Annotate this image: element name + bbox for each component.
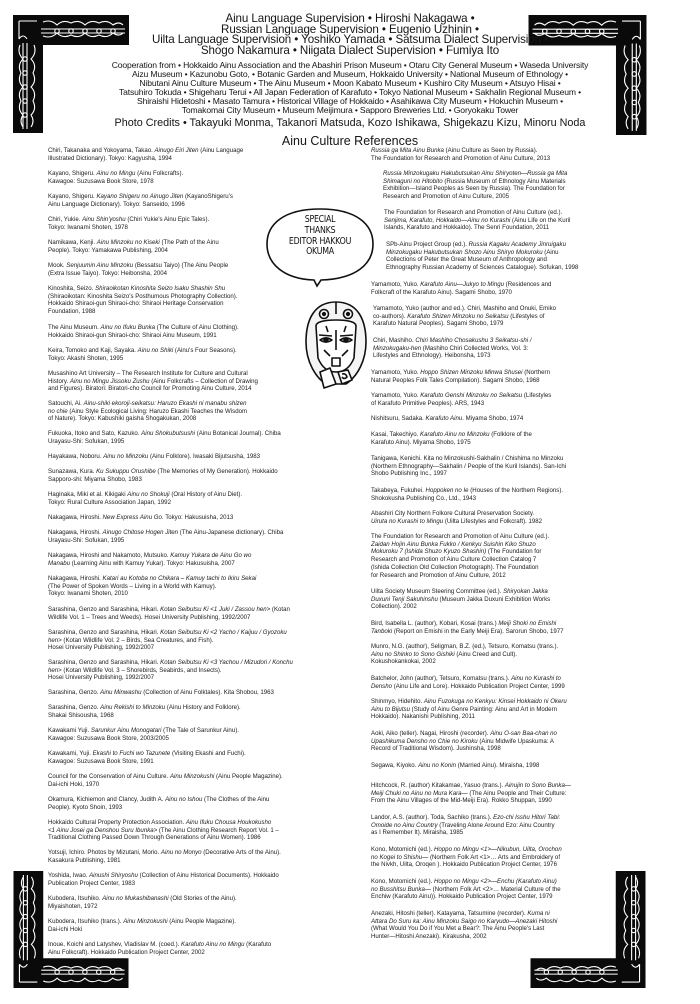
reference-text: Publication Project Center, 1983: [48, 880, 135, 887]
reference-text: Anezaki, Hitoshi (teller). Katayama, Tat…: [371, 910, 527, 917]
reference-line: Tokyo: Iwanami Shoten, 2010: [48, 590, 256, 598]
reference-line: Yoshida, Iwao. Ainushi Shiryoshu (Collec…: [48, 872, 279, 880]
reference-line: Landor, A.S. (author). Toda, Sachiko (tr…: [371, 814, 560, 822]
reference-text: Foundation, 1988: [48, 308, 95, 315]
reference-text: (What Would You Do if You Met a Bear?: T…: [371, 925, 544, 932]
reference-text: Karafuto Natural Peoples). Sagami Shobo,…: [373, 320, 503, 327]
reference-entry: Haginaka, Miki et al. Kikigaki Ainu no S…: [48, 491, 242, 506]
reference-text: Exhibition—Island Peoples as Seen by Rus…: [383, 185, 565, 192]
reference-line: Kono, Motomichi (ed.). Hoppo no Mingu <1…: [371, 846, 562, 854]
reference-text: (Ainu Life and Lore). Hokkaido Publicati…: [392, 683, 565, 690]
reference-text: of Karafuto Primitive Peoples). ARS, 194…: [371, 400, 484, 407]
reference-line: Traditional Clothing Passed Down Through…: [48, 834, 279, 842]
reference-text: (Northern Ethnography—Sakhalin / People …: [371, 463, 566, 470]
reference-text: Collection). 2002: [371, 603, 417, 610]
reference-line: Hosei University Publishing, 1992/2007: [48, 674, 293, 682]
reference-text: (Ainu Style Ecological Living: Haruzo Ek…: [68, 408, 247, 415]
reference-title: Ainu no Mingu: [96, 170, 135, 177]
reference-text: (Russia Museum of Ethnology Ainu Materia…: [443, 178, 566, 185]
reference-entry: Kono, Motomichi (ed.). Hoppo no Mingu <2…: [371, 878, 561, 901]
reference-title: Karafuto Ainu no Mingu: [181, 941, 244, 948]
reference-text: Ethnography Russian Academy of Sciences …: [386, 264, 578, 271]
reference-text: Kono, Motomichi (ed.).: [371, 878, 434, 885]
reference-text: (Extra Issue Taiyo). Tokyo: Heibonsha, 2…: [48, 270, 167, 277]
reference-title: Kotan Seibutsu Ki <2 Yacho / Kaijuu / Gy…: [160, 629, 287, 636]
reference-title: hen>: [48, 667, 62, 674]
reference-title: Ainu Minzokushi: [170, 773, 214, 780]
reference-line: Enchiw (Karafuto Ainu)). Hokkaido Public…: [371, 893, 561, 901]
reference-text: (Northern Folk Art <1>… Arts and Embroid…: [428, 854, 560, 861]
reference-text: Hitchcock, R. (author) Kitakamae, Yasuo …: [371, 782, 505, 789]
reference-line: Sarashina, Genzo. Ainu Rekishi to Minzok…: [48, 704, 241, 712]
reference-title: Hoppo no Mingu <1>—Nikubun, Uilta, Oroch…: [434, 846, 562, 853]
reference-line: hen> (Kotan Wildlife Vol. 3 – Shorebirds…: [48, 667, 293, 675]
reference-text: (The Tale of Sarunkur Ainu).: [161, 727, 238, 734]
reference-text: Kasakura Publishing, 1981: [48, 857, 121, 864]
reference-text: Tokyo: Iwanami Shoten, 2010: [48, 590, 128, 597]
reference-line: Sapporo-shi: Miyama Shobo, 1983: [48, 476, 278, 484]
reference-text: Chiri, Yukie.: [48, 216, 82, 223]
reference-text: Chiri, Mashiho.: [373, 337, 415, 344]
reference-title: no Kogei to Shishu—: [371, 854, 428, 861]
reference-title: Hoppoken no Ie: [426, 487, 469, 494]
reference-line: Kubodera, Itsuhiko (trans.). Ainu Minzok…: [48, 918, 236, 926]
reference-entry: Kasai, Takechiyo. Karafuto Ainu no Minzo…: [371, 431, 532, 446]
reference-line: Kasakura Publishing, 1981: [48, 857, 281, 865]
reference-line: Hokkaido Shiraoi-gun Shiraoi-cho: Shirao…: [48, 332, 239, 340]
reference-entry: Anezaki, Hitoshi (teller). Katayama, Tat…: [371, 910, 557, 941]
credit-line: Shogo Nakamura • Niigata Dialect Supervi…: [0, 46, 700, 57]
reference-text: Lifestyles and Ethnology). Heibonsha, 19…: [373, 352, 491, 359]
reference-text: (Ainu's Four Seasons).: [173, 347, 236, 354]
reference-line: of Nature). Tokyo: Kabushiki gaisha Shog…: [48, 415, 247, 423]
reference-text: (The Ainu Clothing Research Report Vol. …: [157, 827, 279, 834]
reference-line: Islands, Karafuto and Hokkaido). The Sen…: [384, 224, 570, 232]
reference-title: Minzokugaku-hen: [373, 345, 421, 352]
reference-text: . Miyama Shobo, 1974: [462, 415, 523, 422]
reference-line: Sunazawa, Kura. Ku Sukuppu Orushibe (The…: [48, 468, 278, 476]
reference-line: Kokushokankokai, 2002: [371, 658, 558, 666]
reference-title: Attara Do Suru ka: Ainu Minzoku Saigo no…: [371, 918, 557, 925]
reference-line: Kawakami, Yuji. Ekashi to Fuchi wo Tazun…: [48, 750, 246, 758]
reference-title: Tanboki: [371, 628, 392, 635]
reference-text: (Oral History of Ainu Diet).: [170, 491, 242, 498]
reference-line: Tokyo: Iwanami Shoten, 1978: [48, 224, 209, 232]
reference-line: Shimaguni no Hitobito (Russia Museum of …: [383, 178, 567, 186]
reference-entry: Chiri, Takanaka and Yokoyama, Takao. Ain…: [48, 147, 243, 162]
reference-entry: Council for the Conservation of Ainu Cul…: [48, 773, 283, 788]
reference-title: Karafuto Genshi Minzoku no Seikatsu: [420, 392, 522, 399]
reference-entry: Takabeya, Fukuhei. Hoppoken no Ie (House…: [371, 487, 563, 502]
reference-text: (Ainu People Magazine).: [168, 918, 236, 925]
reference-title: Ainu Minzoku no Kiseki: [97, 239, 160, 246]
reference-text: (Ainu: [543, 249, 559, 256]
reference-line: Yamamoto, Yuko. Karafuto Genshi Minzoku …: [371, 392, 551, 400]
reference-line: Yamamoto, Yuko. Hoppo Shizen Minzoku Min…: [371, 369, 550, 377]
reference-title: Upashikuma Densho no Chie no Kiroku: [371, 738, 478, 745]
reference-text: Bird, Isabella L. (author), Kobari, Kosa…: [371, 620, 498, 627]
reference-entry: Aoki, Aiko (teller). Nagai, Hiroshi (rec…: [371, 730, 557, 753]
reference-line: Sarashina, Genzo. Ainu Minwashu (Collect…: [48, 689, 274, 697]
reference-text: (The Power of Spoken Words – Living in a…: [48, 583, 216, 590]
reference-text: Urayasu-Shi: Sofukan, 1995: [48, 537, 124, 544]
reference-text: Abashiri City Northern Folkore Cultural …: [371, 510, 534, 517]
reference-text: of Nature). Tokyo: Kabushiki gaisha Shog…: [48, 415, 196, 422]
reference-line: Senjima, Karafuto, Hokkaido—Ainu no Kura…: [384, 217, 570, 225]
reference-text: Sarashina, Genzo.: [48, 704, 100, 711]
reference-title: Ainu no Minzoku: [103, 453, 148, 460]
reference-line: The Foundation for Research and Promotio…: [371, 155, 550, 163]
reference-text: Ainu Language Dictionary). Tokyo: Sansei…: [48, 201, 185, 208]
reference-text: Fukuoka, Itoko and Sato, Kazuko.: [48, 430, 141, 437]
reference-title: Ainu Ifuku Chousa Houkokusho: [186, 819, 271, 826]
reference-text: (Northern: [523, 369, 550, 376]
reference-title: Ekashi to Fuchi wo Tazunete: [93, 750, 171, 757]
reference-text: Okamura, Kichiemon and Clancy, Judith A.: [48, 796, 165, 803]
reference-line: Nishitsuru, Sadaka. Karafuto Ainu. Miyam…: [371, 415, 523, 423]
reference-line: Hitchcock, R. (author) Kitakamae, Yasuo …: [371, 782, 571, 790]
reference-text: Landor, A.S. (author). Toda, Sachiko (tr…: [371, 814, 493, 821]
reference-title: Zaidan Hojin Ainu Bunka Fukko / Kenkyu S…: [371, 541, 536, 548]
reference-text: Shobo Publishing Inc., 1997: [371, 470, 447, 477]
reference-text: History.: [48, 378, 70, 385]
reference-entry: Yamamoto, Yuko (author and ed.). Chiri, …: [373, 305, 556, 328]
reference-entry: Nakagawa, Hiroshi. Ainugo Chitose Hogen …: [48, 529, 283, 544]
reference-text: for Research and Promotion of Ainu Cultu…: [371, 572, 506, 579]
reference-line: The Foundation for Research and Promotio…: [384, 209, 570, 217]
reference-text: (Shiraoikotan: Kinoshita Seizo's Posthum…: [48, 293, 238, 300]
reference-text: Research and Promotion of Ainu Culture C…: [371, 556, 536, 563]
reference-text: Nishitsuru, Sadaka.: [371, 415, 426, 422]
reference-text: Kono, Motomichi (ed.).: [371, 846, 434, 853]
reference-title: Kuma ni: [527, 910, 549, 917]
reference-title: Ainu no Konin: [418, 762, 456, 769]
reference-line: Kinoshita, Seizo. Shiraoikotan Kinoshita…: [48, 285, 238, 293]
reference-entry: Kono, Motomichi (ed.). Hoppo no Mingu <1…: [371, 846, 562, 869]
reference-text: (Learning Ainu with Kamuy Yukar). Tokyo:…: [70, 560, 235, 567]
reference-entry: Kubodera, Itsuhiko (trans.). Ainu Minzok…: [48, 918, 236, 933]
reference-entry: Satouchi, Ai. Ainu-shiki ekoroji-seikats…: [48, 400, 247, 423]
reference-title: Karafuto Shizen Minzoku no Seikatsu: [407, 313, 508, 320]
reference-line: Chiri, Takanaka and Yokoyama, Takao. Ain…: [48, 147, 243, 155]
reference-title: <1 Ainu Josei ga Denshou Suru Ibunka>: [48, 827, 157, 834]
reference-text: (Northern Folk Art <2>… Material Culture…: [431, 886, 561, 893]
reference-text: Haginaka, Miki et al. Kikigaki: [48, 491, 127, 498]
reference-text: Kayano, Shigeru.: [48, 170, 96, 177]
reference-line: Lifestyles and Ethnology). Heibonsha, 19…: [373, 352, 532, 360]
reference-text: (Folklore of the: [490, 431, 532, 438]
reference-text: Natural Peoples Folk Tales Compilation).…: [371, 377, 540, 384]
reference-line: Natural Peoples Folk Tales Compilation).…: [371, 377, 550, 385]
reference-entry: Chiri, Yukie. Ainu Shin'yoshu (Chiri Yuk…: [48, 216, 209, 231]
reference-title: Ainugo Chitose Hogen Jiten: [103, 529, 179, 536]
reference-text: Hunter—Hitoshi Anezaki). Kirakusha, 2002: [371, 933, 487, 940]
reference-title: no Busshitsu Bunka—: [371, 886, 431, 893]
reference-title: Manabu: [48, 560, 70, 567]
reference-title: Russia Kagaku Academy Jinruigaku: [469, 241, 566, 248]
reference-line: Miyaishoten, 1972: [48, 903, 237, 911]
reference-line: Karafuto Ainu). Miyama Shobo, 1975: [371, 439, 532, 447]
reference-text: Aoki, Aiko (teller). Nagai, Hiroshi (rec…: [371, 730, 490, 737]
reference-line: Urayasu-Shi: Sofukan, 1995: [48, 438, 281, 446]
reference-text: (Uilta Lifestyles and Folkcraft). 1982: [443, 518, 542, 525]
reference-entry: Hokkaido Cultural Property Protection As…: [48, 819, 279, 842]
reference-title: Chiri Mashiho Chosakushu 3 Seikatsu-shi …: [415, 337, 531, 344]
reference-title: Hoppo no Mingu <2>—Enchu (Karafuto Ainu): [434, 878, 557, 885]
reference-text: Nakagawa, Hiroshi and Nakamoto, Mutsuko.: [48, 552, 170, 559]
reference-line: Kayano, Shigeru. Ainu no Mingu (Ainu Fol…: [48, 170, 183, 178]
reference-line: Ethnography Russian Academy of Sciences …: [386, 264, 578, 272]
reference-text: Kubodera, Itsuhiko.: [48, 895, 102, 902]
reference-title: Ainu no Shokuji: [127, 491, 169, 498]
reference-line: Shobo Publishing Inc., 1997: [371, 470, 566, 478]
reference-line: Okamura, Kichiemon and Clancy, Judith A.…: [48, 796, 269, 804]
reference-line: Uiruta no Kurashi to Mingu (Uilta Lifest…: [371, 518, 542, 526]
ainu-mask-illustration-icon: [302, 300, 370, 390]
reference-line: People). Kyoto Shoin, 1993: [48, 804, 269, 812]
reference-entry: SPb-Ainu Project Group (ed.). Russia Kag…: [386, 241, 578, 272]
reference-title: Kamuy Yukara de Ainu Go wo: [170, 552, 251, 559]
reference-text: (Decorative Arts of the Ainu).: [202, 849, 281, 856]
reference-line: Urayasu-Shi: Sofukan, 1995: [48, 537, 283, 545]
reference-text: Nakagawa, Hiroshi.: [48, 529, 103, 536]
reference-entry: Russia ga Mita Ainu Bunka (Ainu Culture …: [371, 147, 550, 162]
reference-text: Sarashina, Genzo and Sarashina, Hikari.: [48, 629, 160, 636]
reference-line: Keira, Tomoko and Kaji, Sayaka. Ainu no …: [48, 347, 237, 355]
reference-text: The Foundation for Research and Promotio…: [371, 533, 549, 540]
reference-text: Hokkaido Shiraoi-gun Shiraoi-cho: Shirao…: [48, 300, 223, 307]
reference-line: Ainu Folkcraft). Hokkaido Publication Pr…: [48, 949, 271, 957]
reference-text: Yamamoto, Yuko.: [371, 392, 420, 399]
reference-title: Ainu no Ishou: [165, 796, 202, 803]
reference-title: Shiryokan Jakka: [503, 588, 548, 595]
reference-entry: Yamamoto, Yuko. Hoppo Shizen Minzoku Min…: [371, 369, 550, 384]
reference-text: Uilta Society Museum Steering Committee …: [371, 588, 503, 595]
reference-text: (The Clothes of the Ainu: [202, 796, 269, 803]
reference-line: Kawakami Yuji. Sarunkur Ainu Monogatari …: [48, 727, 239, 735]
reference-title: Ezo-chi Isshu Hitori Tabi:: [493, 814, 560, 821]
reference-entry: Kawakami Yuji. Sarunkur Ainu Monogatari …: [48, 727, 239, 742]
reference-text: Musashino Art University – The Research …: [48, 370, 248, 377]
reference-text: (Ainu Midwife Upaskuma: A: [478, 738, 554, 745]
reference-line: for Research and Promotion of Ainu Cultu…: [371, 572, 549, 580]
reference-text: (The Path of the Ainu: [160, 239, 219, 246]
reference-text: (Report on Emishi in the Early Meiji Era…: [392, 628, 563, 635]
reference-text: Hokkaido Cultural Property Protection As…: [48, 819, 186, 826]
reference-text: Kinoshita, Seizo.: [48, 285, 95, 292]
reference-text: (Ainu Creed and Cult).: [455, 651, 517, 658]
reference-line: Publication Project Center, 1983: [48, 880, 279, 888]
reference-line: Research and Promotion of Ainu Culture, …: [383, 193, 567, 201]
reference-line: Inoue, Koichi and Latyshev, Vladislav M.…: [48, 941, 271, 949]
reference-text: (Chiri Yukie's Ainu Epic Tales).: [126, 216, 210, 223]
reference-line: Meiji Chuki no Ainu no Mura Kara— (The A…: [371, 790, 571, 798]
reference-line: Takabeya, Fukuhei. Hoppoken no Ie (House…: [371, 487, 563, 495]
reference-line: co-authors). Karafuto Shizen Minzoku no …: [373, 313, 556, 321]
reference-text: Urayasu-Shi: Sofukan, 1995: [48, 438, 124, 445]
reference-entry: Uilta Society Museum Steering Committee …: [371, 588, 550, 611]
reference-entry: Hayakawa, Noboru. Ainu no Minzoku (Ainu …: [48, 453, 260, 461]
reference-text: (Ainu History and Folklore).: [165, 704, 241, 711]
reference-line: Folkcraft of the Karafuto Ainu). Sagami …: [371, 289, 551, 297]
reference-line: Exhibition—Island Peoples as Seen by Rus…: [383, 185, 567, 193]
reference-line: Nakagawa, Hiroshi. New Express Ainu Go. …: [48, 514, 233, 522]
reference-line: Chiri, Mashiho. Chiri Mashiho Chosakushu…: [373, 337, 532, 345]
reference-line: <1 Ainu Josei ga Denshou Suru Ibunka> (T…: [48, 827, 279, 835]
reference-line: Omoide no Ainu Country (Traveling Alone …: [371, 822, 560, 830]
reference-line: Kawagoe: Suzusawa Book Store, 2003/2005: [48, 735, 239, 743]
reference-text: Batchelor, John (author), Tetsuro, Komat…: [371, 675, 511, 682]
reference-text: Hokkaido Shiraoi-gun Shiraoi-cho: Shirao…: [48, 332, 217, 339]
reference-line: Hokkaido Shiraoi-gun Shiraoi-cho: Shirao…: [48, 300, 238, 308]
reference-text: (Ainu Folkcrafts).: [135, 170, 183, 177]
reference-text: (The Foundation for: [486, 548, 541, 555]
reference-text: (Kotan Wildlife Vol. 2 – Birds, Sea Crea…: [62, 637, 214, 644]
reference-title: Ainu no Shiki: [138, 347, 174, 354]
reference-title: Meiji Chuki no Ainu no Mura Kara—: [371, 790, 468, 797]
reference-text: (Ainu Folkcrafts – Collection of Drawing: [150, 378, 258, 385]
reference-line: Karafuto Natural Peoples). Sagami Shobo,…: [373, 320, 556, 328]
reference-line: Kono, Motomichi (ed.). Hoppo no Mingu <2…: [371, 878, 561, 886]
reference-line: Uilta Society Museum Steering Committee …: [371, 588, 550, 596]
reference-title: Ainugo Eiri Jiten: [154, 147, 198, 154]
reference-title: Karafuto Ainu: [426, 415, 463, 422]
reference-text: (Ainu Culture as Seen by Russia).: [444, 147, 537, 154]
reference-text: and Figures). Biratori: Biratori-cho Cou…: [48, 385, 252, 392]
reference-text: People). Kyoto Shoin, 1993: [48, 804, 122, 811]
reference-entry: The Foundation for Research and Promotio…: [384, 209, 570, 232]
reference-entry: Segawa, Kiyoko. Ainu no Konin (Married A…: [371, 762, 539, 770]
reference-text: Kawagoe: Suzusawa Book Store, 1991: [48, 758, 154, 765]
reference-text: Satouchi, Ai.: [48, 400, 84, 407]
reference-line: Hokkaido). Nakanishi Publishing, 2011: [371, 713, 567, 721]
reference-title: Ainu Minzokushi: [123, 918, 167, 925]
reference-text: SPb-Ainu Project Group (ed.).: [386, 241, 469, 248]
reference-line: Tanigawa, Kenichi. Kita no Minzokushi-Sa…: [371, 455, 566, 463]
reference-title: no chie: [48, 408, 68, 415]
reference-line: Nakagawa, Hiroshi. Ainugo Chitose Hogen …: [48, 529, 283, 537]
reference-line: Nakagawa, Hiroshi. Katari au Kotoba no C…: [48, 575, 256, 583]
reference-title: Ainu-shiki ekoroji-seikatsu: Haruzo Ekas…: [84, 400, 247, 407]
reference-title: Ainu no Mingu Jissoku Zushu: [70, 378, 150, 385]
reference-text: (Ainu Botanical Journal). Chiba: [195, 430, 281, 437]
reference-entry: The Foundation for Research and Promotio…: [371, 533, 549, 579]
reference-text: Hokkaido). Nakanishi Publishing, 2011: [371, 713, 475, 720]
reference-line: (What Would You Do if You Met a Bear?: T…: [371, 925, 557, 933]
reference-text: co-authors).: [373, 313, 407, 320]
reference-text: Shinmyo, Hidehito.: [371, 698, 424, 705]
reference-text: (Study of Ainu Genre Painting: Ainu and …: [410, 706, 557, 713]
reference-line: Kubodera, Itsuhiko. Ainu no Mukashibanas…: [48, 895, 237, 903]
reference-line: as I Remember It). Miraisha, 1985: [371, 829, 560, 837]
reference-entry: Hitchcock, R. (author) Kitakamae, Yasuo …: [371, 782, 571, 805]
reference-text: Yamamoto, Yuko (author and ed.). Chiri, …: [373, 305, 556, 312]
reference-text: Yamamoto, Yuko.: [371, 281, 420, 288]
reference-line: Ainu no Shinko to Sono Gishiki (Ainu Cre…: [371, 651, 558, 659]
reference-text: Sarashina, Genzo.: [48, 689, 100, 696]
reference-text: (Ainu People Magazine).: [214, 773, 282, 780]
reference-line: The Ainu Museum. Ainu no Ifuku Bunka (Th…: [48, 324, 239, 332]
reference-line: Minzokugaku-hen (Mashiho Chiri Collected…: [373, 345, 532, 353]
reference-line: hen> (Kotan Wildlife Vol. 2 – Birds, Sea…: [48, 637, 287, 645]
reference-title: Ainu Rekishi to Minzoku: [100, 704, 165, 711]
reference-entry: Chiri, Mashiho. Chiri Mashiho Chosakushu…: [373, 337, 532, 360]
reference-text: (Ishida Collection Old Collection Photog…: [371, 564, 539, 571]
reference-text: Kawakami Yuji.: [48, 727, 91, 734]
reference-text: Segawa, Kiyoko.: [371, 762, 418, 769]
reference-text: Council for the Conservation of Ainu Cul…: [48, 773, 170, 780]
reference-line: Kasai, Takechiyo. Karafuto Ainu no Minzo…: [371, 431, 532, 439]
reference-text: Record of Traditional Wisdom). Jushinsha…: [371, 745, 501, 752]
reference-line: Duxuni Tenji Sakuhinshu (Museum Jakka Du…: [371, 596, 550, 604]
reference-title: Ainujin to Sono Bunka—: [505, 782, 571, 789]
reference-line: Hunter—Hitoshi Anezaki). Kirakusha, 2002: [371, 933, 557, 941]
reference-text: Sapporo-shi: Miyama Shobo, 1983: [48, 476, 142, 483]
reference-text: . Tokyo: Hakusuisha, 2013: [162, 514, 233, 521]
reference-line: Tanboki (Report on Emishi in the Early M…: [371, 628, 564, 636]
reference-line: SPb-Ainu Project Group (ed.). Russia Kag…: [386, 241, 578, 249]
reference-line: Mokuroku 7 (Ishida Shuzo Kyuzo Shashin) …: [371, 548, 549, 556]
reference-title: Hoppo Shizen Minzoku Minwa Shusei: [420, 369, 522, 376]
reference-line: Satouchi, Ai. Ainu-shiki ekoroji-seikats…: [48, 400, 247, 408]
reference-text: Kawagoe: Suzusawa Book Store, 2003/2005: [48, 735, 169, 742]
reference-title: hen>: [48, 637, 62, 644]
reference-text: Dai-ichi Hoki: [48, 926, 82, 933]
reference-text: Collections of Peter the Great Museum of…: [386, 256, 547, 263]
reference-text: Traditional Clothing Passed Down Through…: [48, 834, 261, 841]
reference-title: Ainu no Kurashi to: [511, 675, 561, 682]
reference-text: Yoshida, Iwao.: [48, 872, 89, 879]
reference-line: Collection). 2002: [371, 603, 550, 611]
reference-text: (The Memories of My Generation). Hokkaid…: [156, 468, 278, 475]
reference-text: (Residences and: [504, 281, 551, 288]
reference-line: Mook. Senjuumin Ainu Minzoku (Bessatsu T…: [48, 262, 228, 270]
reference-text: Hosei University Publishing, 1992/2007: [48, 674, 154, 681]
reference-entry: Yamamoto, Yuko. Karafuto Genshi Minzoku …: [371, 392, 551, 407]
reference-line: Yotsuji, Ichiro. Photos by Mizutani, Mor…: [48, 849, 281, 857]
reference-line: Hayakawa, Noboru. Ainu no Minzoku (Ainu …: [48, 453, 260, 461]
references-heading: Ainu Culture References: [0, 134, 700, 148]
reference-line: Batchelor, John (author), Tetsuro, Komat…: [371, 675, 565, 683]
reference-text: (Married Ainu). Miraisha, 1998: [456, 762, 539, 769]
reference-title: Ainu O-san Baa-chan no: [490, 730, 557, 737]
reference-text: (Mashiho Chiri Collected Works, Vol. 3:: [421, 345, 528, 352]
reference-text: (Collection of Ainu Folktales). Kita Sho…: [142, 689, 274, 696]
reference-text: Kasai, Takechiyo.: [371, 431, 420, 438]
reference-line: Illustrated Dictionary). Tokyo: Kagyusha…: [48, 155, 243, 163]
reference-line: Shokokusha Publishing Co., Ltd., 1943: [371, 495, 563, 503]
reference-text: Wildlife Vol. 1 – Trees and Weeds). Hose…: [48, 614, 250, 621]
supervision-credits: Ainu Language Supervision • Hiroshi Naka…: [0, 14, 700, 56]
reference-line: Collections of Peter the Great Museum of…: [386, 256, 578, 264]
reference-entry: Yoshida, Iwao. Ainushi Shiryoshu (Collec…: [48, 872, 279, 887]
reference-text: Dai-ichi Hoki, 1970: [48, 781, 99, 788]
reference-text: Sarashina, Genzo and Sarashina, Hikari.: [48, 606, 160, 613]
reference-line: the Nivkh, Uilta, Oroqen ). Hokkaido Pub…: [371, 861, 562, 869]
reference-text: Inoue, Koichi and Latyshev, Vladislav M.…: [48, 941, 181, 948]
reference-title: Shiraoikotan Kinoshita Seizo Isaku Shash…: [95, 285, 225, 292]
reference-entry: Kayano, Shigeru. Ainu no Mingu (Ainu Fol…: [48, 170, 183, 185]
reference-text: Enchiw (Karafuto Ainu)). Hokkaido Public…: [371, 893, 553, 900]
reference-line: Sarashina, Genzo and Sarashina, Hikari. …: [48, 629, 287, 637]
reference-line: Chiri, Yukie. Ainu Shin'yoshu (Chiri Yuk…: [48, 216, 209, 224]
reference-text: Kubodera, Itsuhiko (trans.).: [48, 918, 123, 925]
reference-line: Zaidan Hojin Ainu Bunka Fukko / Kenkyu S…: [371, 541, 549, 549]
reference-line: (Ishida Collection Old Collection Photog…: [371, 564, 549, 572]
reference-text: The Ainu Museum.: [48, 324, 101, 331]
special-thanks-text: SPECIAL THANKS EDITOR HAKKOU OKUMA: [276, 215, 363, 258]
reference-title: Ainu Fuzokuga no Kenkyu: Kinsei Hokkaido…: [424, 698, 567, 705]
